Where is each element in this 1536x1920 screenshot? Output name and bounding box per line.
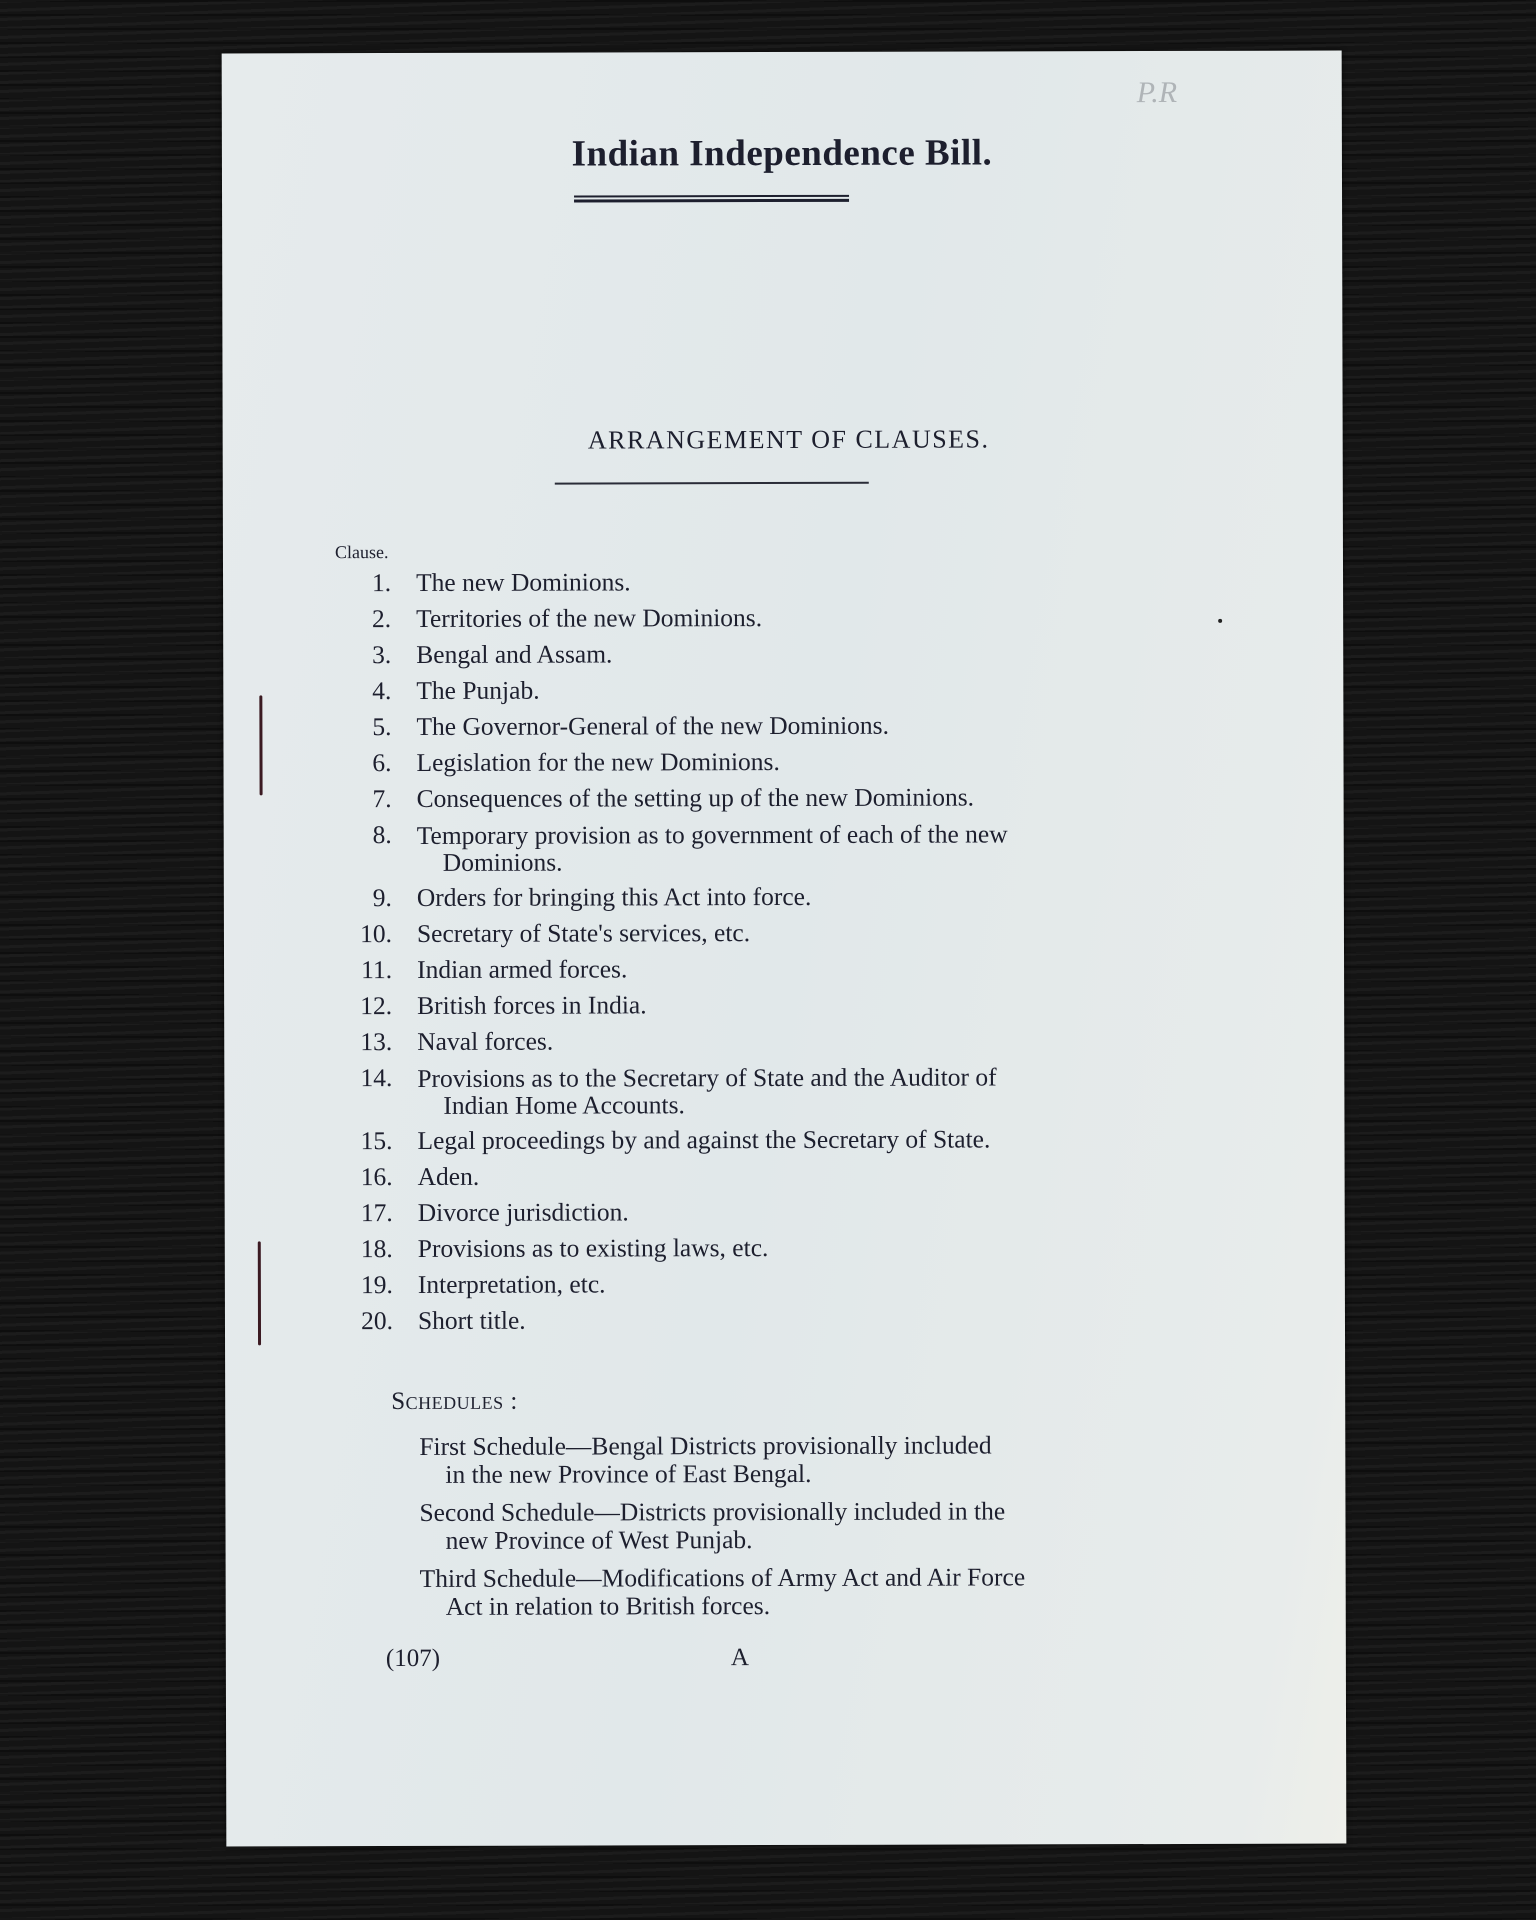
clause-text: Aden. [418,1157,1138,1195]
clause-item: 20.Short title. [325,1301,1325,1340]
schedule-text: Second Schedule—Districts provisionally … [419,1496,1005,1527]
clause-number: 4. [323,673,391,709]
clause-text-continued: Dominions. [417,847,1137,876]
schedule-item: First Schedule—Bengal Districts provisio… [419,1431,1119,1489]
clause-text: Divorce jurisdiction. [418,1193,1138,1231]
clause-number: 1. [323,565,391,601]
clause-item: 11.Indian armed forces. [324,950,1324,989]
schedule-text: First Schedule—Bengal Districts provisio… [419,1430,991,1460]
clause-number: 14. [324,1060,392,1096]
clause-text: Provisions as to existing laws, etc. [418,1229,1138,1267]
clause-item: 9.Orders for bringing this Act into forc… [324,878,1324,917]
bill-page: P.R Indian Independence Bill. ARRANGEMEN… [222,51,1347,1847]
clause-item: 16.Aden. [325,1157,1325,1196]
clause-text: Bengal and Assam. [416,635,1136,673]
clause-number: 10. [324,916,392,952]
clause-text: Legal proceedings by and against the Sec… [417,1121,1137,1159]
clause-text: The Governor-General of the new Dominion… [416,707,1136,745]
clause-number: 11. [324,952,392,988]
schedules-heading: Schedules : [391,1388,518,1416]
print-number: (107) [386,1645,440,1673]
schedule-text-continued: Act in relation to British forces. [420,1591,1120,1621]
clause-number: 3. [323,637,391,673]
clause-text: Indian armed forces. [417,950,1137,988]
clause-number: 16. [325,1159,393,1195]
clause-number: 7. [324,781,392,817]
clause-number: 15. [324,1123,392,1159]
staple-bottom [258,1241,261,1345]
clause-number: 5. [323,709,391,745]
schedule-text: Third Schedule—Modifications of Army Act… [420,1562,1026,1593]
clause-text: The new Dominions. [416,563,1136,601]
pencil-annotation: P.R [1137,76,1177,110]
clause-item: 3.Bengal and Assam. [323,635,1323,674]
clause-text: Temporary provision as to government of … [417,819,1008,850]
clause-item: 18.Provisions as to existing laws, etc. [325,1229,1325,1268]
clause-list: 1.The new Dominions. 2.Territories of th… [323,563,1325,1340]
clause-text: Naval forces. [417,1022,1137,1060]
clause-item: 15.Legal proceedings by and against the … [324,1121,1324,1160]
clause-number: 19. [325,1267,393,1303]
clause-number: 8. [324,817,392,853]
arrangement-heading: ARRANGEMENT OF CLAUSES. [223,424,1343,457]
clause-item: 13.Naval forces. [324,1022,1324,1061]
clause-text: Orders for bringing this Act into force. [417,878,1137,916]
clause-item: 10.Secretary of State's services, etc. [324,914,1324,953]
clause-text-continued: Indian Home Accounts. [417,1090,1137,1119]
clause-text: British forces in India. [417,986,1137,1024]
clause-text: Provisions as to the Secretary of State … [417,1062,996,1093]
title-double-rule [574,195,849,203]
schedule-text-continued: new Province of West Punjab. [420,1525,1120,1555]
clause-item: 7.Consequences of the setting up of the … [324,779,1324,818]
clause-number: 9. [324,880,392,916]
schedule-item: Third Schedule—Modifications of Army Act… [420,1563,1120,1621]
schedule-item: Second Schedule—Districts provisionally … [419,1497,1119,1555]
paper-speck [1218,619,1222,623]
schedule-text-continued: in the new Province of East Bengal. [419,1459,1119,1489]
document-title: Indian Independence Bill. [222,131,1342,177]
clause-text: The Punjab. [416,671,1136,709]
clause-item: 12.British forces in India. [324,986,1324,1025]
clause-text: Territories of the new Dominions. [416,599,1136,637]
clause-item: 5.The Governor-General of the new Domini… [323,707,1323,746]
clause-number: 6. [323,745,391,781]
clause-item: 2.Territories of the new Dominions. [323,599,1323,638]
clause-item: 19.Interpretation, etc. [325,1265,1325,1304]
clause-text: Secretary of State's services, etc. [417,914,1137,952]
clause-text: Consequences of the setting up of the ne… [417,779,1137,817]
clause-item: 1.The new Dominions. [323,563,1323,602]
clause-item: 14.Provisions as to the Secretary of Sta… [324,1058,1324,1124]
clause-text: Legislation for the new Dominions. [416,743,1136,781]
clause-number: 20. [325,1303,393,1339]
clause-number: 13. [324,1024,392,1060]
heading-rule [555,482,869,485]
signature-mark: A [731,1644,749,1672]
clause-item: 8.Temporary provision as to government o… [324,815,1324,881]
clause-column-label: Clause. [335,542,389,563]
clause-text: Interpretation, etc. [418,1265,1138,1303]
clause-item: 6.Legislation for the new Dominions. [323,743,1323,782]
clause-item: 17.Divorce jurisdiction. [325,1193,1325,1232]
staple-top [259,695,262,795]
clause-number: 17. [325,1195,393,1231]
clause-item: 4.The Punjab. [323,671,1323,710]
clause-number: 12. [324,988,392,1024]
clause-number: 18. [325,1231,393,1267]
clause-number: 2. [323,601,391,637]
clause-text: Short title. [418,1301,1138,1339]
